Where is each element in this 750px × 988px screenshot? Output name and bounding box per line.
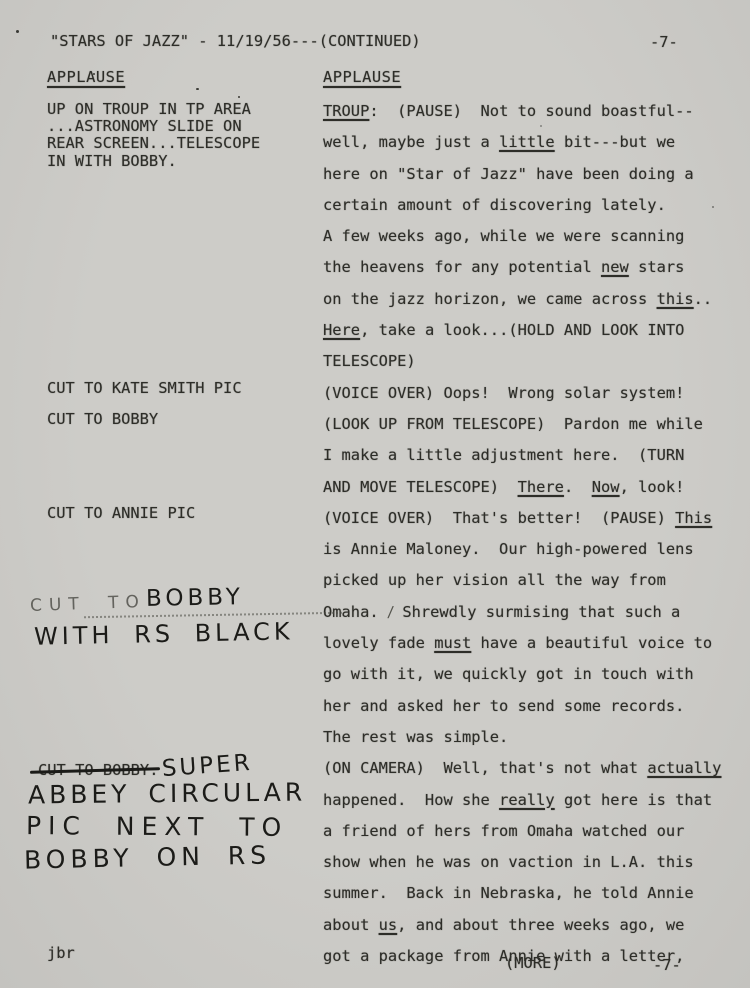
camera-cue-line: IN WITH BOBBY.: [47, 153, 260, 170]
dialogue-line: (VOICE OVER) That's better! (PAUSE) This: [323, 503, 733, 534]
page-number-top: -7-: [650, 33, 678, 51]
scan-speck: [196, 88, 199, 90]
camera-cue-line: CUT TO ANNIE PIC: [47, 505, 195, 522]
underlined-text: must: [434, 634, 471, 652]
dialogue-text: go with it, we quickly got in touch with: [323, 665, 694, 683]
camera-cue-line: CUT TO BOBBY: [47, 411, 158, 428]
struck-cue-line: CUT TO BOBBY.SUPER: [38, 755, 253, 781]
page-number-bottom: -7-: [653, 956, 681, 974]
dialogue-line: the heavens for any potential new stars: [323, 252, 733, 283]
dialogue-line: her and asked her to send some records.: [323, 691, 733, 722]
dialogue-line: show when he was on vaction in L.A. this: [323, 847, 733, 878]
dialogue-text: her and asked her to send some records.: [323, 697, 684, 715]
dialogue-text: well, maybe just a: [323, 133, 499, 151]
dialogue-text: (VOICE OVER) Oops! Wrong solar system!: [323, 384, 684, 402]
camera-cue: CUT TO ANNIE PIC: [47, 505, 195, 522]
underlined-text: This: [675, 509, 712, 527]
dialogue-text: , and about three weeks ago, we: [397, 916, 684, 934]
dialogue-line: TROUP: (PAUSE) Not to sound boastful--: [323, 96, 733, 127]
dialogue-line: summer. Back in Nebraska, he told Annie: [323, 878, 733, 909]
camera-cue: CUT TO KATE SMITH PIC: [47, 380, 242, 397]
dialogue-text: A few weeks ago, while we were scanning: [323, 227, 684, 245]
dialogue-text: picked up her vision all the way from: [323, 571, 666, 589]
dialogue-line: I make a little adjustment here. (TURN: [323, 440, 733, 471]
underlined-text: TROUP: [323, 102, 369, 120]
dialogue-line: AND MOVE TELESCOPE) There. Now, look!: [323, 472, 733, 503]
dialogue-line: TELESCOPE): [323, 346, 733, 377]
dialogue-lines: TROUP: (PAUSE) Not to sound boastful--we…: [323, 96, 733, 972]
dialogue-text: summer. Back in Nebraska, he told Annie: [323, 884, 694, 902]
dialogue-text: bit---but we: [555, 133, 675, 151]
dialogue-line: here on "Star of Jazz" have been doing a: [323, 159, 733, 190]
dialogue-text: , look!: [620, 478, 685, 496]
underlined-text: Now: [592, 478, 620, 496]
dialogue-line: picked up her vision all the way from: [323, 565, 733, 596]
dialogue-text: , take a look...(HOLD AND LOOK INTO: [360, 321, 684, 339]
handwritten-cue-cut-to: CUT TO: [30, 592, 147, 616]
underlined-text: us: [379, 916, 398, 934]
dialogue-line: happened. How she really got here is tha…: [323, 785, 733, 816]
dialogue-text: about: [323, 916, 379, 934]
dialogue-line: about us, and about three weeks ago, we: [323, 910, 733, 941]
camera-cue-line: UP ON TROUP IN TP AREA: [47, 101, 260, 118]
dialogue-text: ..: [694, 290, 713, 308]
dialogue-text: (LOOK UP FROM TELESCOPE) Pardon me while: [323, 415, 703, 433]
right-column-heading: APPLAUSE: [323, 68, 401, 86]
dialogue-text: Shrewdly surmising that such a: [393, 603, 680, 621]
dialogue-line: well, maybe just a little bit---but we: [323, 127, 733, 158]
dialogue-text: stars: [629, 258, 685, 276]
dialogue-line: (LOOK UP FROM TELESCOPE) Pardon me while: [323, 409, 733, 440]
camera-cue-line: CUT TO KATE SMITH PIC: [47, 380, 242, 397]
dialogue-text: show when he was on vaction in L.A. this: [323, 853, 694, 871]
dialogue-text: the heavens for any potential: [323, 258, 601, 276]
camera-cue: UP ON TROUP IN TP AREA...ASTRONOMY SLIDE…: [47, 101, 260, 170]
dialogue-text: got here is that: [555, 791, 713, 809]
camera-cue: CUT TO BOBBY: [47, 411, 158, 428]
dialogue-line: is Annie Maloney. Our high-powered lens: [323, 534, 733, 565]
handwritten-note-bobby-on-rs: BOBBY ON RS: [24, 840, 272, 874]
dialogue-text: here on "Star of Jazz" have been doing a: [323, 165, 694, 183]
dialogue-text: on the jazz horizon, we came across: [323, 290, 657, 308]
dialogue-text: got a package from Annie with a letter,: [323, 947, 684, 965]
dialogue-text: a friend of hers from Omaha watched our: [323, 822, 684, 840]
underlined-text: There: [518, 478, 564, 496]
dialogue-line: a friend of hers from Omaha watched our: [323, 816, 733, 847]
typist-initials: jbr: [47, 944, 75, 962]
scan-speck: [238, 96, 240, 98]
underlined-text: new: [601, 258, 629, 276]
dialogue-line: lovely fade must have a beautiful voice …: [323, 628, 733, 659]
dialogue-line: certain amount of discovering lately.: [323, 190, 733, 221]
dialogue-line: The rest was simple.: [323, 722, 733, 753]
camera-cue-line: ...ASTRONOMY SLIDE ON: [47, 118, 260, 135]
dialogue-text: AND MOVE TELESCOPE): [323, 478, 518, 496]
handwritten-cue-bobby: BOBBY: [146, 584, 244, 612]
dialogue-text: happened. How she: [323, 791, 499, 809]
handwritten-cue-with-rs-black: WITH RS BLACK: [34, 617, 294, 650]
dialogue-text: (ON CAMERA) Well, that's not what: [323, 759, 647, 777]
handwritten-note-pic-next-to: PIC NEXT TO: [26, 811, 288, 842]
underlined-text: little: [499, 133, 555, 151]
dialogue-line: go with it, we quickly got in touch with: [323, 659, 733, 690]
dialogue-text: lovely fade: [323, 634, 434, 652]
dialogue-line: Here, take a look...(HOLD AND LOOK INTO: [323, 315, 733, 346]
underlined-text: Here: [323, 321, 360, 339]
more-indicator: (MORE): [505, 954, 561, 972]
struck-camera-cue: CUT TO BOBBY.: [38, 761, 158, 779]
dialogue-line: (ON CAMERA) Well, that's not what actual…: [323, 753, 733, 784]
dialogue-line: A few weeks ago, while we were scanning: [323, 221, 733, 252]
dialogue-text: The rest was simple.: [323, 728, 508, 746]
left-column-heading: APPLAUSE: [47, 68, 125, 86]
underlined-text: really: [499, 791, 555, 809]
dialogue-text: (VOICE OVER) That's better! (PAUSE): [323, 509, 675, 527]
dialogue-text: have a beautiful voice to: [471, 634, 712, 652]
handwritten-note-abbey-circular: ABBEY CIRCULAR: [28, 778, 306, 810]
underlined-text: actually: [647, 759, 721, 777]
dialogue-text: certain amount of discovering lately.: [323, 196, 666, 214]
page-title: "STARS OF JAZZ" - 11/19/56---(CONTINUED): [50, 32, 421, 50]
dialogue-text: is Annie Maloney. Our high-powered lens: [323, 540, 694, 558]
script-page: "STARS OF JAZZ" - 11/19/56---(CONTINUED)…: [0, 0, 750, 988]
dialogue-text: : (PAUSE) Not to sound boastful--: [369, 102, 693, 120]
dialogue-line: (VOICE OVER) Oops! Wrong solar system!: [323, 378, 733, 409]
scan-speck: [16, 30, 19, 33]
dialogue-text: TELESCOPE): [323, 352, 416, 370]
underlined-text: this: [657, 290, 694, 308]
dialogue-line: on the jazz horizon, we came across this…: [323, 284, 733, 315]
dialogue-text: .: [564, 478, 592, 496]
dialogue-line: Omaha. / Shrewdly surmising that such a: [323, 597, 733, 628]
camera-cue-line: REAR SCREEN...TELESCOPE: [47, 135, 260, 152]
dialogue-text: I make a little adjustment here. (TURN: [323, 446, 684, 464]
